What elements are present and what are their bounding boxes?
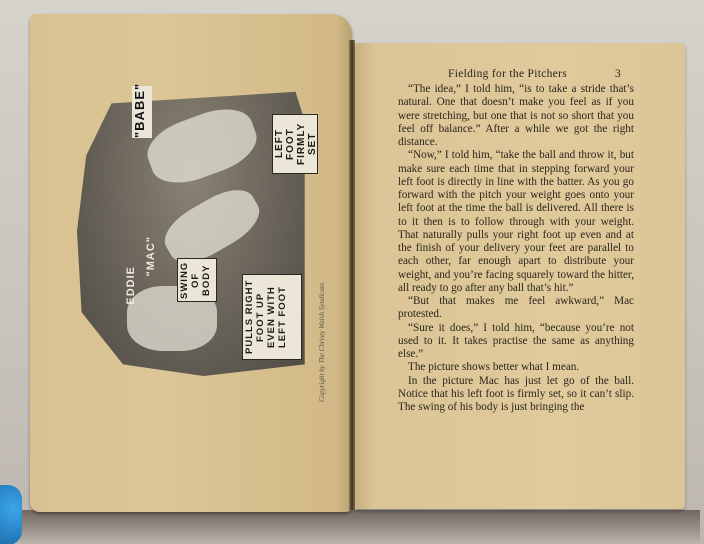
label-eddie: EDDIE [125,266,137,305]
book-shadow [20,510,700,544]
running-head: Fielding for the Pitchers [448,68,567,80]
instructional-photo: EDDIE "MAC" LEFT FOOT FIRMLY SET SWING O… [77,86,307,376]
body-text: “The idea,” I told him, “is to take a st… [398,83,634,414]
paragraph: The picture shows better what I mean. [398,361,634,374]
paragraph: “Now,” I told him, “take the ball and th… [398,149,634,295]
label-left-foot-firmly-set: LEFT FOOT FIRMLY SET [272,114,318,174]
label-pulls-right-foot: PULLS RIGHT FOOT UP EVEN WITH LEFT FOOT [242,274,302,360]
label-babe: "BABE" [132,86,152,138]
photo-copyright: Copyright by The Christy Walsh Syndicate… [318,282,326,402]
paragraph: “The idea,” I told him, “is to take a st… [398,83,634,149]
label-swing-of-body: SWING OF BODY [177,258,217,302]
paragraph: “Sure it does,” I told him, “because you… [398,322,634,362]
label-mac: "MAC" [145,236,157,276]
thumb-holding-book [0,485,22,544]
page-number: 3 [615,68,621,80]
paragraph: “But that makes me feel awkward,” Mac pr… [398,295,634,322]
paragraph: In the picture Mac has just let go of th… [398,375,634,415]
